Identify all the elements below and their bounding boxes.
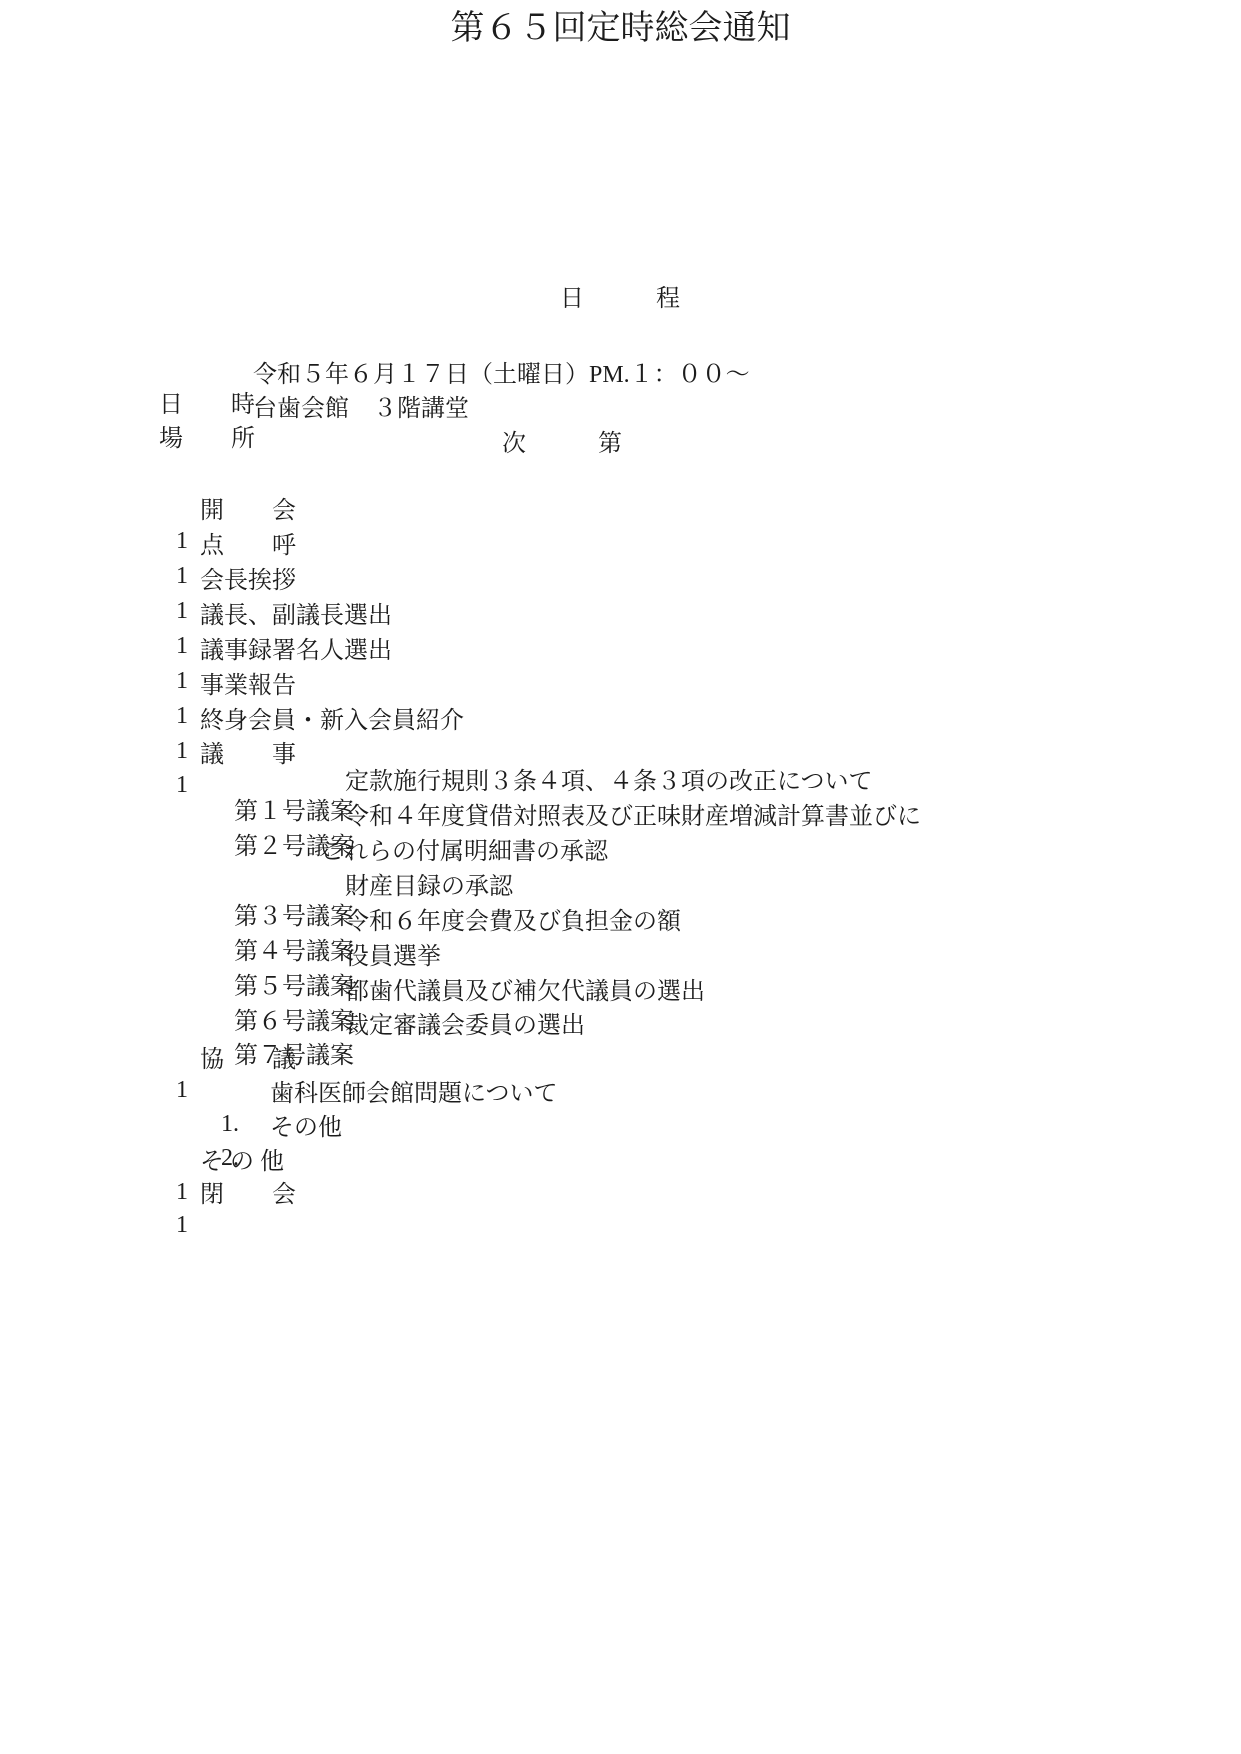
discussion-subitem-1-text: 歯科医師会館問題について	[270, 1079, 558, 1109]
proposal-1-text: 定款施行規則３条４項、４条３項の改正について	[345, 767, 873, 797]
schedule-heading: 日 程	[560, 284, 680, 314]
proposal-7-text: 裁定審議会委員の選出	[345, 1011, 585, 1041]
venue-label: 場 所	[159, 426, 255, 452]
agenda-heading: 次 第	[502, 429, 622, 459]
venue-value: 台歯会館 ３階講堂	[253, 394, 469, 424]
document-title: 第６５回定時総会通知	[0, 0, 1241, 49]
agenda-item-label: 終身会員・新入会員紹介	[200, 706, 464, 736]
proposal-2-continuation: これらの付属明細書の承認	[320, 837, 608, 867]
document-page: 第６５回定時総会通知 日 程 日 時 令和５年６月１７日（土曜日）PM.１：００…	[0, 0, 1241, 1754]
discussion-subitem-2-text: その他	[270, 1113, 342, 1143]
agenda-item-label: 議 事	[200, 740, 296, 770]
datetime-value: 令和５年６月１７日（土曜日）PM.１：００～	[253, 360, 750, 390]
proposal-5-text: 役員選挙	[345, 942, 441, 972]
proposal-6-text: 都歯代議員及び補欠代議員の選出	[345, 977, 705, 1007]
agenda-item-label: 点 呼	[200, 531, 296, 561]
agenda-item-deliberation: 1 議 事	[152, 740, 188, 860]
agenda-item-label: 議長、副議長選出	[200, 601, 392, 631]
proposal-4-text: 令和６年度会費及び負担金の額	[345, 907, 681, 937]
agenda-item-label: 協 議	[200, 1045, 296, 1075]
agenda-item-number: 1	[176, 772, 188, 798]
agenda-item-label: 議事録署名人選出	[200, 636, 392, 666]
agenda-item-label: そ の 他	[200, 1147, 284, 1177]
agenda-item-label: 閉 会	[200, 1180, 296, 1210]
proposal-3-text: 財産目録の承認	[345, 872, 513, 902]
agenda-item-label: 会長挨拶	[200, 566, 296, 596]
agenda-item-label: 開 会	[200, 496, 296, 526]
agenda-item-label: 事業報告	[200, 671, 296, 701]
agenda-item-number: 1	[176, 1212, 188, 1238]
agenda-item-number: 1	[176, 1077, 188, 1103]
proposal-2-text: 令和４年度貸借対照表及び正味財産増減計算書並びに	[345, 802, 921, 832]
agenda-item-closing: 1 閉 会	[152, 1180, 188, 1300]
